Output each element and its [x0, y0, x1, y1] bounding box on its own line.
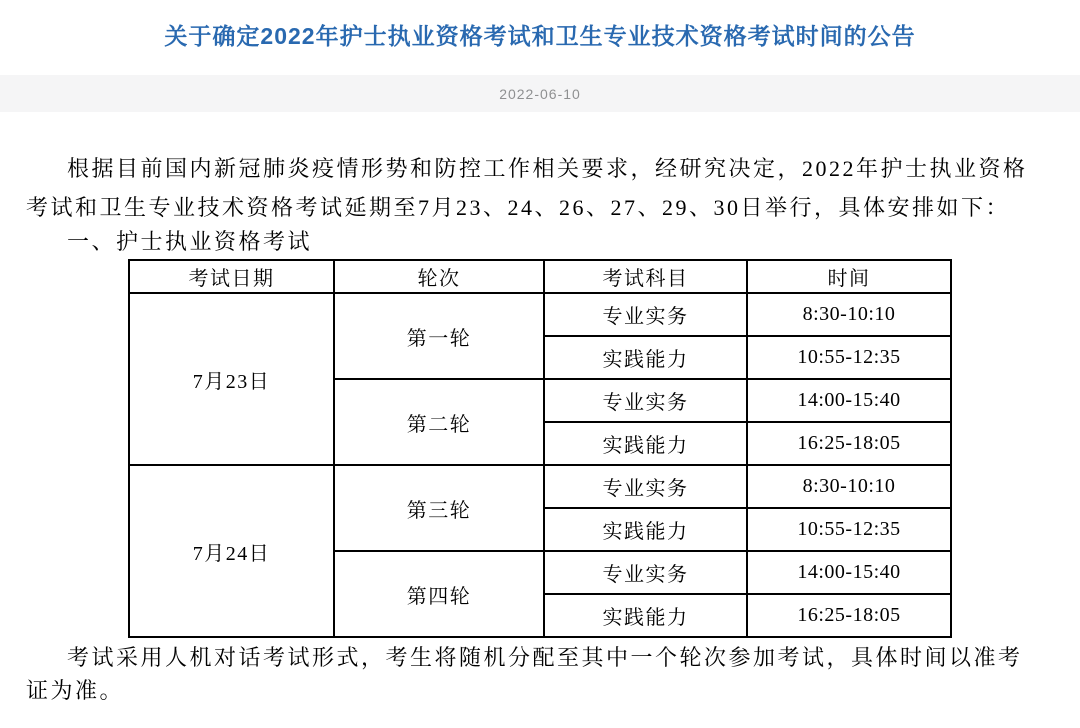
time-cell: 10:55-12:35: [747, 508, 951, 551]
article-content: 根据目前国内新冠肺炎疫情形势和防控工作相关要求，经研究决定，2022年护士执业资…: [0, 149, 1080, 707]
subject-cell: 实践能力: [544, 422, 747, 465]
time-cell: 14:00-15:40: [747, 551, 951, 594]
closing-line-1: 考试采用人机对话考试形式，考生将随机分配至其中一个轮次参加考试，具体时间以准考: [26, 641, 1054, 674]
table-row: 7月23日 第一轮 专业实务 8:30-10:10: [129, 293, 951, 336]
col-header-exam-date: 考试日期: [129, 260, 334, 293]
intro-line-2: 考试和卫生专业技术资格考试延期至7月23、24、26、27、29、30日举行，具…: [26, 188, 1054, 227]
time-cell: 8:30-10:10: [747, 465, 951, 508]
subject-cell: 实践能力: [544, 594, 747, 637]
subject-cell: 专业实务: [544, 379, 747, 422]
section-heading: 一、护士执业资格考试: [26, 227, 1054, 257]
page-title: 关于确定2022年护士执业资格考试和卫生专业技术资格考试时间的公告: [0, 0, 1080, 52]
date-bar: 2022-06-10: [0, 75, 1080, 112]
exam-date-cell: 7月24日: [129, 465, 334, 637]
time-cell: 10:55-12:35: [747, 336, 951, 379]
subject-cell: 实践能力: [544, 508, 747, 551]
table-row: 7月24日 第三轮 专业实务 8:30-10:10: [129, 465, 951, 508]
col-header-subject: 考试科目: [544, 260, 747, 293]
intro-paragraph: 根据目前国内新冠肺炎疫情形势和防控工作相关要求，经研究决定，2022年护士执业资…: [26, 149, 1054, 227]
exam-schedule-table: 考试日期 轮次 考试科目 时间 7月23日 第一轮 专业实务 8:30-10:1…: [128, 259, 952, 638]
round-cell: 第三轮: [334, 465, 544, 551]
round-cell: 第一轮: [334, 293, 544, 379]
table-header-row: 考试日期 轮次 考试科目 时间: [129, 260, 951, 293]
announcement-page: 关于确定2022年护士执业资格考试和卫生专业技术资格考试时间的公告 2022-0…: [0, 0, 1080, 728]
round-cell: 第四轮: [334, 551, 544, 637]
publish-date: 2022-06-10: [499, 86, 581, 102]
closing-line-2: 证为准。: [26, 674, 1054, 707]
subject-cell: 专业实务: [544, 551, 747, 594]
time-cell: 16:25-18:05: [747, 422, 951, 465]
exam-date-cell: 7月23日: [129, 293, 334, 465]
subject-cell: 实践能力: [544, 336, 747, 379]
closing-paragraph: 考试采用人机对话考试形式，考生将随机分配至其中一个轮次参加考试，具体时间以准考 …: [26, 641, 1054, 707]
time-cell: 14:00-15:40: [747, 379, 951, 422]
subject-cell: 专业实务: [544, 465, 747, 508]
intro-line-1: 根据目前国内新冠肺炎疫情形势和防控工作相关要求，经研究决定，2022年护士执业资…: [26, 149, 1054, 188]
round-cell: 第二轮: [334, 379, 544, 465]
col-header-round: 轮次: [334, 260, 544, 293]
subject-cell: 专业实务: [544, 293, 747, 336]
time-cell: 8:30-10:10: [747, 293, 951, 336]
col-header-time: 时间: [747, 260, 951, 293]
time-cell: 16:25-18:05: [747, 594, 951, 637]
